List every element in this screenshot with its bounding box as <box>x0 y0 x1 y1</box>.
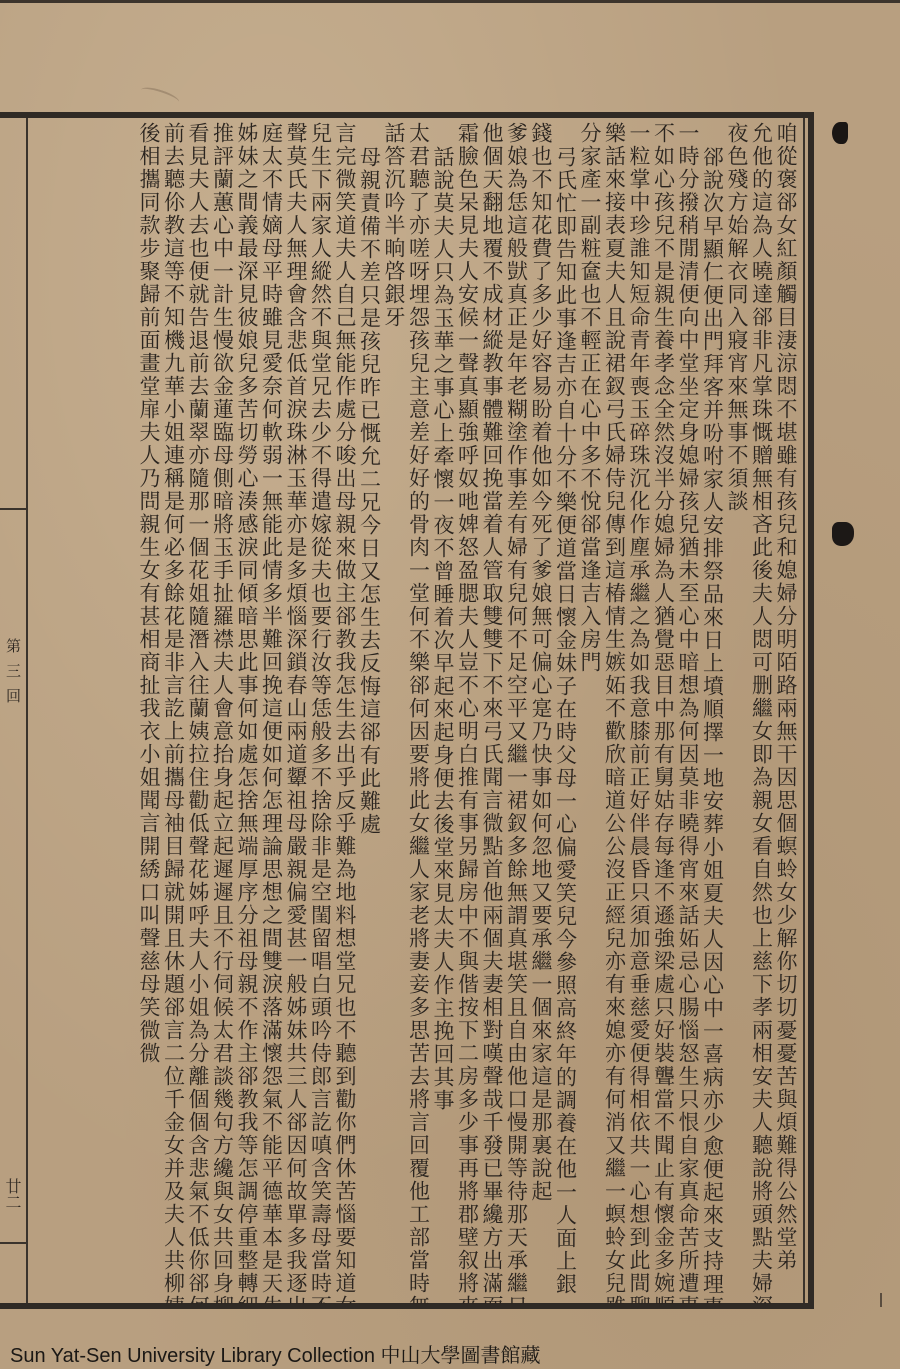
text-column: 爹娘為恁這般獃真正是年老糊塗作事差有婦有兒何不足空平又繼一裙釵多餘無謂真堪笑且自… <box>504 122 529 1304</box>
page-number: 廿二 <box>0 1178 24 1210</box>
text-column: 樂話來接表夏夫人且說裙釵弓氏婦侍兒傳到這椿情生嫉妬不歡欣暗道公公沒正經兒亦有來媳… <box>602 122 627 1304</box>
vertical-text-body: 咱從褒郤女紅顏觸目淒涼悶不堪雖有孩兒和媳婦分明陌路兩無干因思個螟蛉女少解你切切憂… <box>30 122 798 1304</box>
text-column: 話答沉吟半晌啓銀牙 <box>382 122 407 1304</box>
spine-divider <box>0 508 26 510</box>
text-column: 姊妹之間義最深見彼娘兒多苦切勞心湊感淚同傾暗思此事何如處怎捨無端厚序分祖母親不作… <box>235 122 260 1304</box>
collection-caption: Sun Yat-Sen University Library Collectio… <box>10 1339 541 1368</box>
torn-hole-middle <box>832 522 854 546</box>
scanned-book-page: 第三回 廿二 咱從褒郤女紅顏觸目淒涼悶不堪雖有孩兒和媳婦分明陌路兩無干因思個螟蛉… <box>0 0 900 1369</box>
text-column: 霜臉色呆見夫人安候一聲真顯強呼奴吔婢怒盈腮夫人豈不心明白推有事另歸房中不與偕按下… <box>455 122 480 1304</box>
spine-divider <box>0 1242 26 1244</box>
spine-margin: 第三回 廿二 <box>0 118 26 1303</box>
text-column: 前去聽伱教這等不知機九華小姐連稱是何必多餘花是非言訖上前攜母袖目歸就開且休題郤言… <box>161 122 186 1304</box>
text-column: 不如心孩兒不是親生養孝念全然沒半分媳婦為人猶覺惡目中那有舅姑存每逢不遜強梁處只好… <box>651 122 676 1304</box>
text-column: 兒生下兩家人縱然不與堂兄去少不得遣嫁從夫也要行汝等恁般多不捨除非是空閨留唱白頭吟… <box>308 122 333 1304</box>
paper-stain <box>139 84 181 108</box>
text-column: 太君聽了亦嗟呀埋怨孩兒主意差好好的骨肉一堂何不樂郤何因要將此女繼人家老將妻妾多思… <box>406 122 431 1304</box>
spine-rule <box>26 118 28 1303</box>
text-column: 聲莫氏夫人無理會含悲低首淚珠淋玉華亦是多煩惱深鎖春山兩道顰祖母嚴親偏愛甚一般姊妹… <box>284 122 309 1304</box>
text-column: 一粒掌中珍誰知短命青年喪玉碎珠沉化作塵承繼之為如我意膝前正好伴晨昏只須加意垂慈愛… <box>627 122 652 1304</box>
text-column: 庭太不情嫡母平時雖見愛奈何軟弱一無能此情多半難回挽這便如何怎理論思想之間雙淚落滿… <box>259 122 284 1304</box>
text-column: 咱從褒郤女紅顏觸目淒涼悶不堪雖有孩兒和媳婦分明陌路兩無干因思個螟蛉女少解你切切憂… <box>774 122 799 1304</box>
text-column: 允他的這為人曉達郤非凡掌珠慨贈無相吝此後夫人悶可删繼女即為親女看自然也上慈下孝兩… <box>749 122 774 1304</box>
text-column: 言完微笑道夫人自己無能作處分唆出母親來做主郤教我怎生去出乎反乎難為地料想堂兄也不… <box>333 122 358 1304</box>
margin-mark <box>880 1293 882 1307</box>
torn-hole-top <box>832 122 848 144</box>
text-column: 他個天翻地覆不成材縱教事體難回挽當着人管取雙雙下不來弓氏聞言微點首他兩個夫妻相對… <box>480 122 505 1304</box>
page-top-edge <box>0 0 900 3</box>
text-column: 一時分撥稍閒清便向中堂坐定身媳婦孩兒猶未至心中暗想為何因莫非曉得宵來話妬忌心腸惱… <box>676 122 701 1304</box>
text-column: 看見夫人去也便就告退前去蘭翠亦隨那一個花姐隨潛入往蘭姨拉住勸低聲花姊呼夫人小姐為… <box>186 122 211 1304</box>
text-column: 話說莫夫人只為玉華之事心上牽懷一夜不曾睡着次早起來起身便去後堂來見太夫人作主挽回… <box>431 122 456 1304</box>
text-column: 郤說次早顯仁便出門拜客并吩咐家人安排祭品來日上墳順擇一地安葬小姐夏夫人因心中一喜… <box>700 122 725 1304</box>
text-column: 推評蘭蕙心中一計生慢欲金蓮臨母側暗將玉手扯羅襟夫人會意抬身起立起遲遲且不行伺候太… <box>210 122 235 1304</box>
text-column: 弓氏忙即告知此事逢吉亦自十分不樂便道當日懷金妹子在時父母一心偏愛笑兒今參照高終年… <box>553 122 578 1304</box>
text-column: 錢也不知花費了多少好容易盼着他如今死了爹娘無可偏心寔乃快事如何忽地又要承繼一個來… <box>529 122 554 1304</box>
text-column: 分家產一副粧奩也不輕正在心中多不悅郤當逢吉入房門 <box>578 122 603 1304</box>
text-column: 母親責備不差只是孩兒昨已慨允二兄今日又怎生去反悔這郤有此難處 <box>357 122 382 1304</box>
text-column: 夜色殘方始解衣同入寢宵來無事不須談 <box>725 122 750 1304</box>
border-inner-rule <box>803 118 805 1303</box>
text-column: 後相攜同款步聚歸前面畫堂扉夫人乃問親生女有甚相商扯我衣小姐聞言開綉口叫聲慈母笑微… <box>137 122 162 1304</box>
chapter-marker: 第三回 <box>4 638 24 713</box>
